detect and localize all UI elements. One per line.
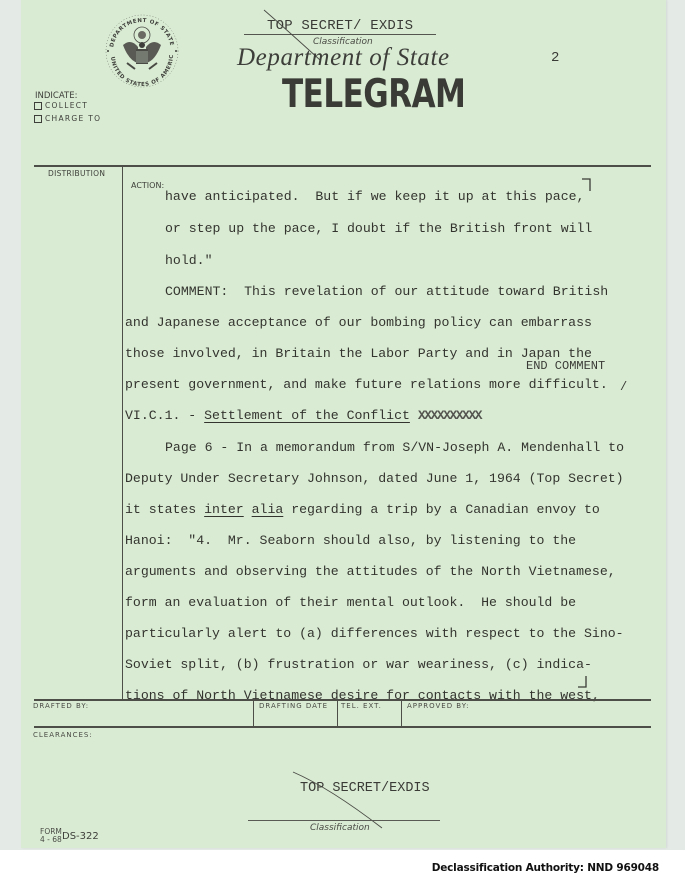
- page-number: 2: [551, 50, 559, 66]
- drafting-date-label: DRAFTING DATE: [259, 702, 328, 710]
- charge-to-option[interactable]: CHARGE TO: [34, 114, 101, 123]
- body-line-5: and Japanese acceptance of our bombing p…: [125, 315, 592, 330]
- body-line-6: those involved, in Britain the Labor Par…: [125, 346, 592, 361]
- fields-top-rule: [34, 699, 651, 701]
- field-divider-3: [401, 700, 402, 726]
- handwritten-slash-mark-bottom-icon: [290, 770, 385, 830]
- telegram-page: [21, 0, 666, 848]
- fields-middle-rule: [34, 726, 651, 728]
- body-line-10-start: it states: [125, 502, 204, 517]
- struck-out-text: XXXXXXXXXX: [418, 408, 481, 423]
- approved-by-label: APPROVED BY:: [407, 702, 469, 710]
- tel-ext-label: TEL. EXT.: [341, 702, 382, 710]
- body-line-inter-alia: it states inter alia regarding a trip by…: [125, 502, 600, 517]
- form-code: DS-322: [62, 831, 99, 842]
- body-line-14: particularly alert to (a) differences wi…: [125, 626, 624, 641]
- classification-bottom: TOP SECRET/EXDIS: [300, 781, 430, 796]
- declassification-authority: Declassification Authority: NND 969048: [432, 862, 659, 874]
- body-line-1: have anticipated. But if we keep it up a…: [165, 189, 584, 204]
- body-line-comment: COMMENT: This revelation of our attitude…: [165, 284, 608, 299]
- collect-checkbox[interactable]: [34, 102, 42, 110]
- body-line-16: tions of North Vietnamese desire for con…: [125, 688, 600, 703]
- body-line-3: hold.": [165, 253, 212, 268]
- field-divider-1: [253, 700, 254, 726]
- distribution-column-divider: [122, 166, 123, 700]
- section-heading: VI.C.1. - Settlement of the Conflict XXX…: [125, 408, 481, 423]
- inter-word: inter: [204, 502, 244, 517]
- action-label: ACTION:: [131, 181, 164, 190]
- department-of-state-seal-icon: DEPARTMENT OF STATE UNITED STATES OF AME…: [103, 5, 181, 97]
- telegram-title: TELEGRAM: [282, 72, 465, 117]
- form-label-line2: 4 - 68: [40, 836, 62, 844]
- body-line-13: form an evaluation of their mental outlo…: [125, 595, 576, 610]
- body-line-15: Soviet split, (b) frustration or war wea…: [125, 657, 592, 672]
- charge-to-checkbox[interactable]: [34, 115, 42, 123]
- body-line-9: Deputy Under Secretary Johnson, dated Ju…: [125, 471, 624, 486]
- form-label: FORM 4 - 68: [40, 828, 62, 844]
- body-line-page6: Page 6 - In a memorandum from S/VN-Josep…: [165, 440, 624, 455]
- charge-to-label: CHARGE TO: [45, 114, 101, 123]
- distribution-label: DISTRIBUTION: [48, 169, 105, 178]
- body-line-10-end: regarding a trip by a Canadian envoy to: [283, 502, 600, 517]
- collect-label: COLLECT: [45, 101, 88, 110]
- collect-option[interactable]: COLLECT: [34, 101, 88, 110]
- section-heading-title: Settlement of the Conflict: [204, 408, 410, 423]
- end-comment-note: END COMMENT: [526, 359, 605, 373]
- body-line-7: present government, and make future rela…: [125, 377, 608, 392]
- indicate-label: INDICATE:: [35, 91, 77, 101]
- body-line-11: Hanoi: "4. Mr. Seaborn should also, by l…: [125, 533, 576, 548]
- corner-bracket-bottom-icon: [578, 675, 588, 689]
- alia-word: alia: [252, 502, 284, 517]
- classification-label-bottom: Classification: [310, 823, 370, 833]
- classification-bottom-underline: [248, 820, 440, 821]
- body-line-2: or step up the pace, I doubt if the Brit…: [165, 221, 592, 236]
- distribution-top-rule: [34, 165, 651, 167]
- section-heading-number: VI.C.1. -: [125, 408, 204, 423]
- department-title: Department of State: [237, 44, 450, 72]
- body-line-12: arguments and observing the attitudes of…: [125, 564, 616, 579]
- clearances-label: CLEARANCES:: [33, 731, 93, 739]
- drafted-by-label: DRAFTED BY:: [33, 702, 89, 710]
- field-divider-2: [337, 700, 338, 726]
- handwritten-slash: /: [620, 380, 627, 394]
